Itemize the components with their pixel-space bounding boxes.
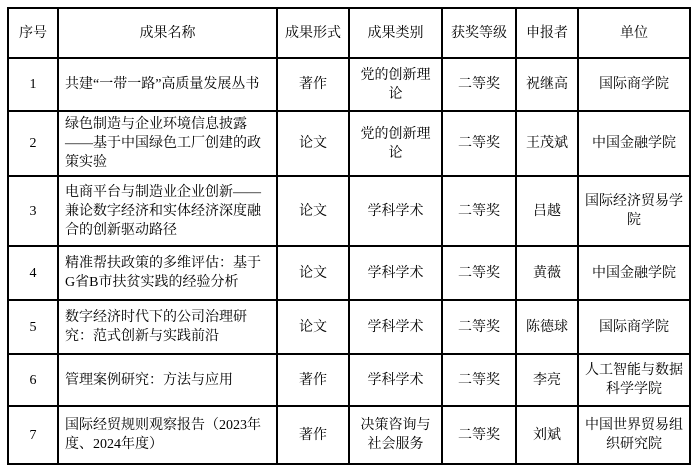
cell-index: 6 [8, 354, 58, 406]
cell-unit: 中国金融学院 [578, 246, 690, 300]
cell-award: 二等奖 [442, 300, 516, 354]
cell-applicant: 黄薇 [516, 246, 578, 300]
table-row: 7国际经贸规则观察报告（2023年度、2024年度）著作决策咨询与社会服务二等奖… [8, 406, 690, 464]
cell-category: 学科学术 [349, 246, 442, 300]
cell-unit: 人工智能与数据科学学院 [578, 354, 690, 406]
column-header-name: 成果名称 [58, 8, 277, 58]
column-header-unit: 单位 [578, 8, 690, 58]
table-row: 5数字经济时代下的公司治理研究：范式创新与实践前沿论文学科学术二等奖陈德球国际商… [8, 300, 690, 354]
cell-form: 论文 [277, 111, 349, 176]
table-row: 2绿色制造与企业环境信息披露——基于中国绿色工厂创建的政策实验论文党的创新理论二… [8, 111, 690, 176]
cell-name: 共建“一带一路”高质量发展丛书 [58, 58, 277, 111]
cell-category: 党的创新理论 [349, 111, 442, 176]
cell-form: 著作 [277, 58, 349, 111]
table-row: 1共建“一带一路”高质量发展丛书著作党的创新理论二等奖祝继高国际商学院 [8, 58, 690, 111]
cell-applicant: 陈德球 [516, 300, 578, 354]
column-header-category: 成果类别 [349, 8, 442, 58]
cell-form: 著作 [277, 406, 349, 464]
column-header-form: 成果形式 [277, 8, 349, 58]
column-header-applicant: 申报者 [516, 8, 578, 58]
table-row: 4精准帮扶政策的多维评估：基于G省B市扶贫实践的经验分析论文学科学术二等奖黄薇中… [8, 246, 690, 300]
cell-index: 4 [8, 246, 58, 300]
cell-category: 学科学术 [349, 176, 442, 246]
cell-index: 5 [8, 300, 58, 354]
awards-table: 序号成果名称成果形式成果类别获奖等级申报者单位 1共建“一带一路”高质量发展丛书… [7, 7, 691, 465]
cell-category: 学科学术 [349, 300, 442, 354]
cell-unit: 国际经济贸易学院 [578, 176, 690, 246]
cell-applicant: 王茂斌 [516, 111, 578, 176]
cell-form: 论文 [277, 176, 349, 246]
cell-name: 国际经贸规则观察报告（2023年度、2024年度） [58, 406, 277, 464]
cell-name: 绿色制造与企业环境信息披露——基于中国绿色工厂创建的政策实验 [58, 111, 277, 176]
cell-name: 电商平台与制造业企业创新——兼论数字经济和实体经济深度融合的创新驱动路径 [58, 176, 277, 246]
table-row: 3电商平台与制造业企业创新——兼论数字经济和实体经济深度融合的创新驱动路径论文学… [8, 176, 690, 246]
cell-category: 学科学术 [349, 354, 442, 406]
cell-award: 二等奖 [442, 111, 516, 176]
cell-applicant: 吕越 [516, 176, 578, 246]
cell-award: 二等奖 [442, 58, 516, 111]
cell-form: 论文 [277, 246, 349, 300]
cell-unit: 国际商学院 [578, 300, 690, 354]
column-header-award: 获奖等级 [442, 8, 516, 58]
cell-applicant: 祝继高 [516, 58, 578, 111]
cell-index: 1 [8, 58, 58, 111]
table-row: 6管理案例研究：方法与应用著作学科学术二等奖李亮人工智能与数据科学学院 [8, 354, 690, 406]
table-header-row: 序号成果名称成果形式成果类别获奖等级申报者单位 [8, 8, 690, 58]
page: 序号成果名称成果形式成果类别获奖等级申报者单位 1共建“一带一路”高质量发展丛书… [0, 0, 694, 465]
cell-award: 二等奖 [442, 406, 516, 464]
cell-category: 决策咨询与社会服务 [349, 406, 442, 464]
cell-form: 论文 [277, 300, 349, 354]
cell-index: 3 [8, 176, 58, 246]
cell-category: 党的创新理论 [349, 58, 442, 111]
column-header-index: 序号 [8, 8, 58, 58]
cell-unit: 中国金融学院 [578, 111, 690, 176]
cell-index: 7 [8, 406, 58, 464]
cell-form: 著作 [277, 354, 349, 406]
cell-award: 二等奖 [442, 176, 516, 246]
cell-award: 二等奖 [442, 354, 516, 406]
cell-name: 精准帮扶政策的多维评估：基于G省B市扶贫实践的经验分析 [58, 246, 277, 300]
cell-unit: 中国世界贸易组织研究院 [578, 406, 690, 464]
cell-unit: 国际商学院 [578, 58, 690, 111]
cell-applicant: 刘斌 [516, 406, 578, 464]
cell-applicant: 李亮 [516, 354, 578, 406]
cell-name: 数字经济时代下的公司治理研究：范式创新与实践前沿 [58, 300, 277, 354]
cell-name: 管理案例研究：方法与应用 [58, 354, 277, 406]
cell-index: 2 [8, 111, 58, 176]
cell-award: 二等奖 [442, 246, 516, 300]
